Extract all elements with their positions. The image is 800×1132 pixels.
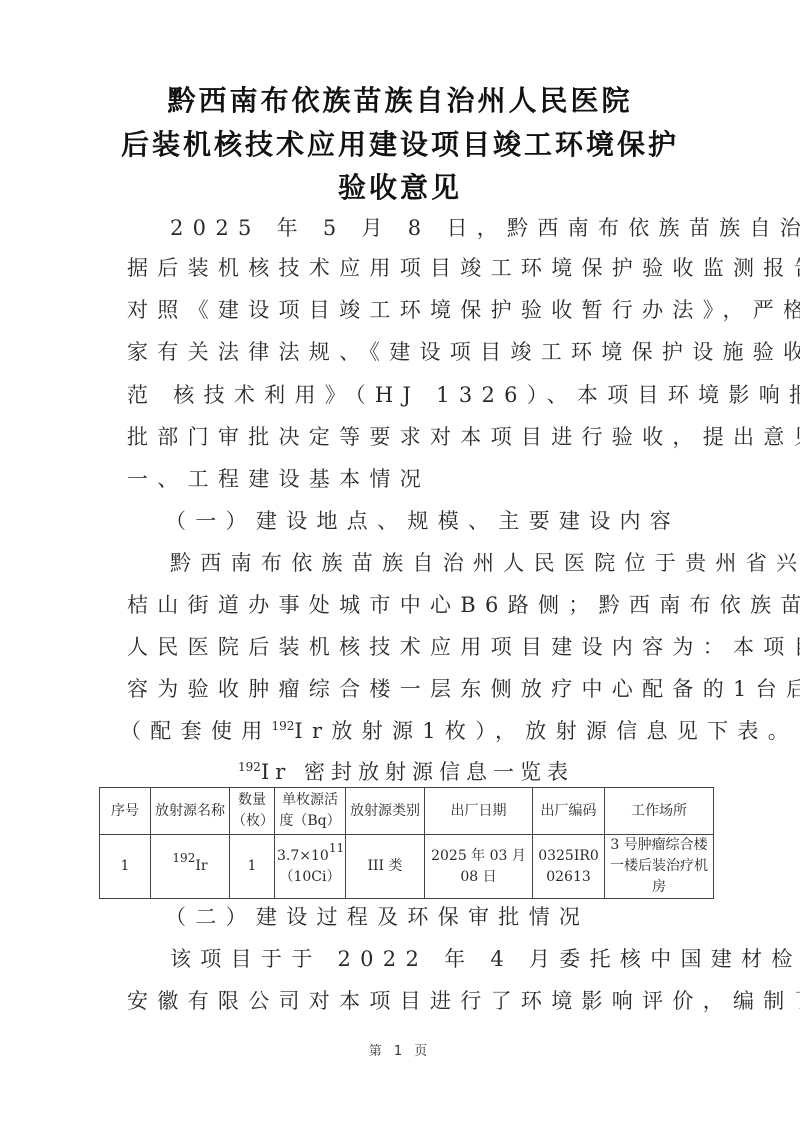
isotope-mass-number: 192 [238,760,261,774]
paragraph-location-line: 黔西南布依族苗族自治州人民医院位于贵州省兴义市 [170,551,740,575]
paragraph-intro-line: 对照《建设项目竣工环境保护验收暂行办法》，严格依照国 [127,298,697,322]
document-title-line-1: 黔西南布依族苗族自治州人民医院 [0,86,800,116]
text-fragment: Ir放射源1枚），放射源信息见下表。 [294,719,798,743]
table-caption-text: Ir 密封放射源信息一览表 [261,760,574,784]
paragraph-intro-line: 2025 年 5 月 8 日，黔西南布依族苗族自治州人民医院根 [170,216,740,240]
paragraph-approval-line: 安徽有限公司对本项目进行了环境影响评价，编制了《黔西 [127,989,697,1013]
cell-quantity: 1 [230,835,275,899]
paragraph-intro-line: 据后装机核技术应用项目竣工环境保护验收监测报告表并 [127,256,697,280]
header-source-name: 放射源名称 [151,788,230,835]
cell-category: III 类 [346,835,425,899]
isotope-mass-number: 192 [272,719,295,733]
subsection-heading-2: （二）建设过程及环保审批情况 [165,905,735,929]
activity-base: 3.7×10 [277,848,329,864]
document-page: 黔西南布依族苗族自治州人民医院 后装机核技术应用建设项目竣工环境保护 验收意见 … [0,0,800,1132]
section-heading-1: 一、工程建设基本情况 [127,467,697,491]
header-category: 放射源类别 [346,788,425,835]
page-number: 第 1 页 [0,1040,800,1059]
table-caption: 192Ir 密封放射源信息一览表 [99,760,713,784]
header-code: 出厂编码 [533,788,605,835]
paragraph-location-line: 人民医院后装机核技术应用项目建设内容为：本项目建设内 [127,635,697,659]
isotope-mass-number: 192 [172,851,195,865]
cell-code: 0325IR002613 [533,835,605,899]
document-title-line-3: 验收意见 [0,173,800,203]
header-date: 出厂日期 [425,788,533,835]
radioactive-source-table: 序号 放射源名称 数量（枚） 单枚源活度（Bq） 放射源类别 出厂日期 出厂编码… [99,787,714,899]
table-row: 1 192Ir 1 3.7×1011（10Ci） III 类 2025 年 03… [100,835,714,899]
paragraph-intro-line: 家有关法律法规、《建设项目竣工环境保护设施验收技术规 [127,340,697,364]
cell-location: 3 号肿瘤综合楼一楼后装治疗机房 [605,835,714,899]
activity-curies: （10Ci） [279,869,340,885]
isotope-symbol: Ir [195,858,207,874]
cell-date: 2025 年 03 月 08 日 [425,835,533,899]
header-activity: 单枚源活度（Bq） [275,788,346,835]
cell-index: 1 [100,835,151,899]
paragraph-intro-line: 范 核技术利用》（HJ 1326）、本项目环境影响报告表和审 [127,383,697,407]
paragraph-location-line: 桔山街道办事处城市中心B6路侧；黔西南布依族苗族自治州 [127,593,697,617]
paragraph-intro-line: 批部门审批决定等要求对本项目进行验收，提出意见如下： [127,425,697,449]
table-header-row: 序号 放射源名称 数量（枚） 单枚源活度（Bq） 放射源类别 出厂日期 出厂编码… [100,788,714,835]
subsection-heading-1: （一）建设地点、规模、主要建设内容 [165,509,735,533]
paragraph-location-line-last: （配套使用192Ir放射源1枚），放射源信息见下表。 [120,719,690,743]
header-location: 工作场所 [605,788,714,835]
cell-activity: 3.7×1011（10Ci） [275,835,346,899]
activity-exponent: 11 [329,841,344,855]
paragraph-location-line: 容为验收肿瘤综合楼一层东侧放疗中心配备的1台后装机 [127,677,697,701]
paragraph-approval-line: 该项目于于 2022 年 4 月委托核中国建材检验认证集团 [170,947,740,971]
header-quantity: 数量（枚） [230,788,275,835]
text-fragment: （配套使用 [120,719,272,743]
document-title-line-2: 后装机核技术应用建设项目竣工环境保护 [0,130,800,160]
cell-source-name: 192Ir [151,835,230,899]
header-index: 序号 [100,788,151,835]
